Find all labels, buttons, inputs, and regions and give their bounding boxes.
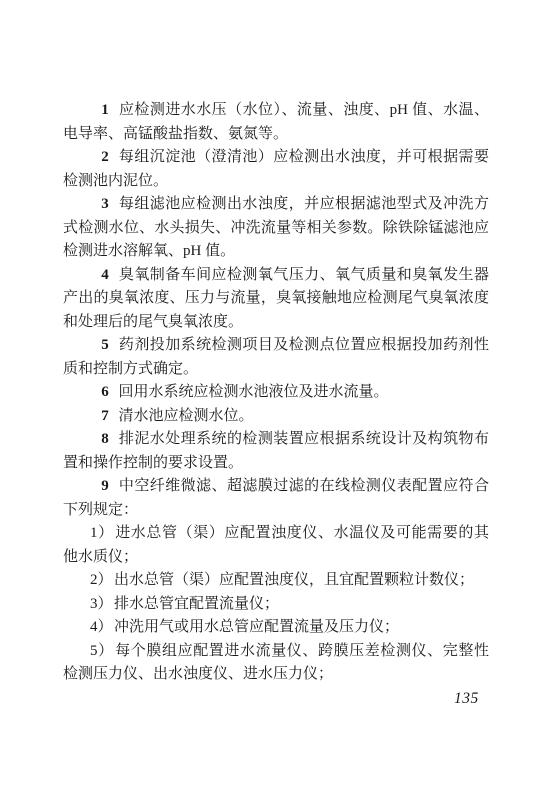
clause-number: 7: [101, 408, 109, 424]
subclause-number: 3）: [90, 596, 113, 612]
clause-number: 8: [101, 431, 109, 447]
clause-line: 3）排水总管宜配置流量仪；: [63, 593, 489, 617]
clause-line: 8排泥水处理系统的检测装置应根据系统设计及构筑物布: [63, 428, 489, 452]
clause-line: 检测进水溶解氧、pH 值。: [63, 240, 489, 264]
page-number: 135: [454, 690, 479, 708]
clause-number: 9: [101, 478, 109, 494]
clause-line: 1应检测进水水压（水位）、流量、浊度、pH 值、水温、: [63, 99, 489, 123]
clause-item: 7清水池应检测水位。: [63, 405, 489, 429]
clause-subitem: 5）每个膜组应配置进水流量仪、跨膜压差检测仪、完整性 检测压力仪、出水浊度仪、进…: [63, 640, 489, 687]
clause-line: 产出的臭氧浓度、压力与流量，臭氧接触地应检测尾气臭氧浓度: [63, 287, 489, 311]
subclause-number: 4）: [90, 619, 113, 635]
clause-subitem: 3）排水总管宜配置流量仪；: [63, 593, 489, 617]
clause-line-text: 应检测进水水压（水位）、流量、浊度、pH 值、水温、: [119, 102, 490, 118]
clause-item: 6回用水系统应检测水池液位及进水流量。: [63, 381, 489, 405]
clause-line: 5）每个膜组应配置进水流量仪、跨膜压差检测仪、完整性: [63, 640, 489, 664]
clause-line: 检测池内泥位。: [63, 170, 489, 194]
clause-line: 2每组沉淀池（澄清池）应检测出水浊度，并可根据需要: [63, 146, 489, 170]
clause-line: 置和操作控制的要求设置。: [63, 452, 489, 476]
clause-line-text: 排泥水处理系统的检测装置应根据系统设计及构筑物布: [119, 431, 490, 447]
clause-item: 8排泥水处理系统的检测装置应根据系统设计及构筑物布 置和操作控制的要求设置。: [63, 428, 489, 475]
clause-line: 5药剂投加系统检测项目及检测点位置应根据投加药剂性: [63, 334, 489, 358]
clause-line-text: 进水总管（渠）应配置浊度仪、水温仪及可能需要的其: [115, 525, 489, 541]
subclause-number: 5）: [90, 643, 114, 659]
clause-number: 4: [101, 267, 109, 283]
clause-line: 他水质仪；: [63, 546, 489, 570]
clause-line-text: 药剂投加系统检测项目及检测点位置应根据投加药剂性: [119, 337, 490, 353]
clause-line-text: 臭氧制备车间应检测氧气压力、氧气质量和臭氧发生器: [119, 267, 490, 283]
clause-item: 5药剂投加系统检测项目及检测点位置应根据投加药剂性 质和控制方式确定。: [63, 334, 489, 381]
clause-subitem: 4）冲洗用气或用水总管应配置流量及压力仪；: [63, 616, 489, 640]
clause-line: 式检测水位、水头损失、冲洗流量等相关参数。除铁除锰滤池应: [63, 217, 489, 241]
clause-line-text: 每组滤池应检测出水浊度，并应根据滤池型式及冲洗方: [119, 196, 490, 212]
clause-line: 质和控制方式确定。: [63, 358, 489, 382]
clause-number: 5: [101, 337, 109, 353]
clause-line: 7清水池应检测水位。: [63, 405, 489, 429]
clause-item: 1应检测进水水压（水位）、流量、浊度、pH 值、水温、 电导率、高锰酸盐指数、氨…: [63, 99, 489, 146]
clause-text-block: 1应检测进水水压（水位）、流量、浊度、pH 值、水温、 电导率、高锰酸盐指数、氨…: [63, 99, 489, 687]
clause-line: 4臭氧制备车间应检测氧气压力、氧气质量和臭氧发生器: [63, 264, 489, 288]
clause-line-text: 排水总管宜配置流量仪；: [114, 596, 279, 612]
clause-line-text: 清水池应检测水位。: [119, 408, 254, 424]
clause-line-text: 中空纤维微滤、超滤膜过滤的在线检测仪表配置应符合: [119, 478, 490, 494]
clause-item: 3每组滤池应检测出水浊度，并应根据滤池型式及冲洗方 式检测水位、水头损失、冲洗流…: [63, 193, 489, 264]
clause-line: 2）出水总管（渠）应配置浊度仪，且宜配置颗粒计数仪；: [63, 569, 489, 593]
clause-line: 1）进水总管（渠）应配置浊度仪、水温仪及可能需要的其: [63, 522, 489, 546]
clause-line: 和处理后的尾气臭氧浓度。: [63, 311, 489, 335]
clause-subitem: 2）出水总管（渠）应配置浊度仪，且宜配置颗粒计数仪；: [63, 569, 489, 593]
clause-item: 2每组沉淀池（澄清池）应检测出水浊度，并可根据需要 检测池内泥位。: [63, 146, 489, 193]
clause-line: 9中空纤维微滤、超滤膜过滤的在线检测仪表配置应符合: [63, 475, 489, 499]
clause-line: 3每组滤池应检测出水浊度，并应根据滤池型式及冲洗方: [63, 193, 489, 217]
clause-line-text: 每组沉淀池（澄清池）应检测出水浊度，并可根据需要: [119, 149, 490, 165]
clause-item: 9中空纤维微滤、超滤膜过滤的在线检测仪表配置应符合 下列规定：: [63, 475, 489, 522]
clause-line: 4）冲洗用气或用水总管应配置流量及压力仪；: [63, 616, 489, 640]
clause-number: 3: [101, 196, 109, 212]
clause-subitem: 1）进水总管（渠）应配置浊度仪、水温仪及可能需要的其 他水质仪；: [63, 522, 489, 569]
clause-line: 检测压力仪、出水浊度仪、进水压力仪；: [63, 663, 489, 687]
clause-line: 下列规定：: [63, 499, 489, 523]
document-page: 1应检测进水水压（水位）、流量、浊度、pH 值、水温、 电导率、高锰酸盐指数、氨…: [0, 0, 551, 789]
clause-number: 6: [101, 384, 109, 400]
clause-line-text: 每个膜组应配置进水流量仪、跨膜压差检测仪、完整性: [115, 643, 489, 659]
clause-item: 4臭氧制备车间应检测氧气压力、氧气质量和臭氧发生器 产出的臭氧浓度、压力与流量，…: [63, 264, 489, 335]
clause-number: 1: [101, 102, 109, 118]
clause-line: 电导率、高锰酸盐指数、氨氮等。: [63, 123, 489, 147]
clause-line: 6回用水系统应检测水池液位及进水流量。: [63, 381, 489, 405]
subclause-number: 1）: [90, 525, 114, 541]
clause-line-text: 冲洗用气或用水总管应配置流量及压力仪；: [114, 619, 399, 635]
clause-line-text: 回用水系统应检测水池液位及进水流量。: [119, 384, 389, 400]
clause-line-text: 出水总管（渠）应配置浊度仪，且宜配置颗粒计数仪；: [114, 572, 474, 588]
clause-number: 2: [101, 149, 109, 165]
subclause-number: 2）: [90, 572, 113, 588]
